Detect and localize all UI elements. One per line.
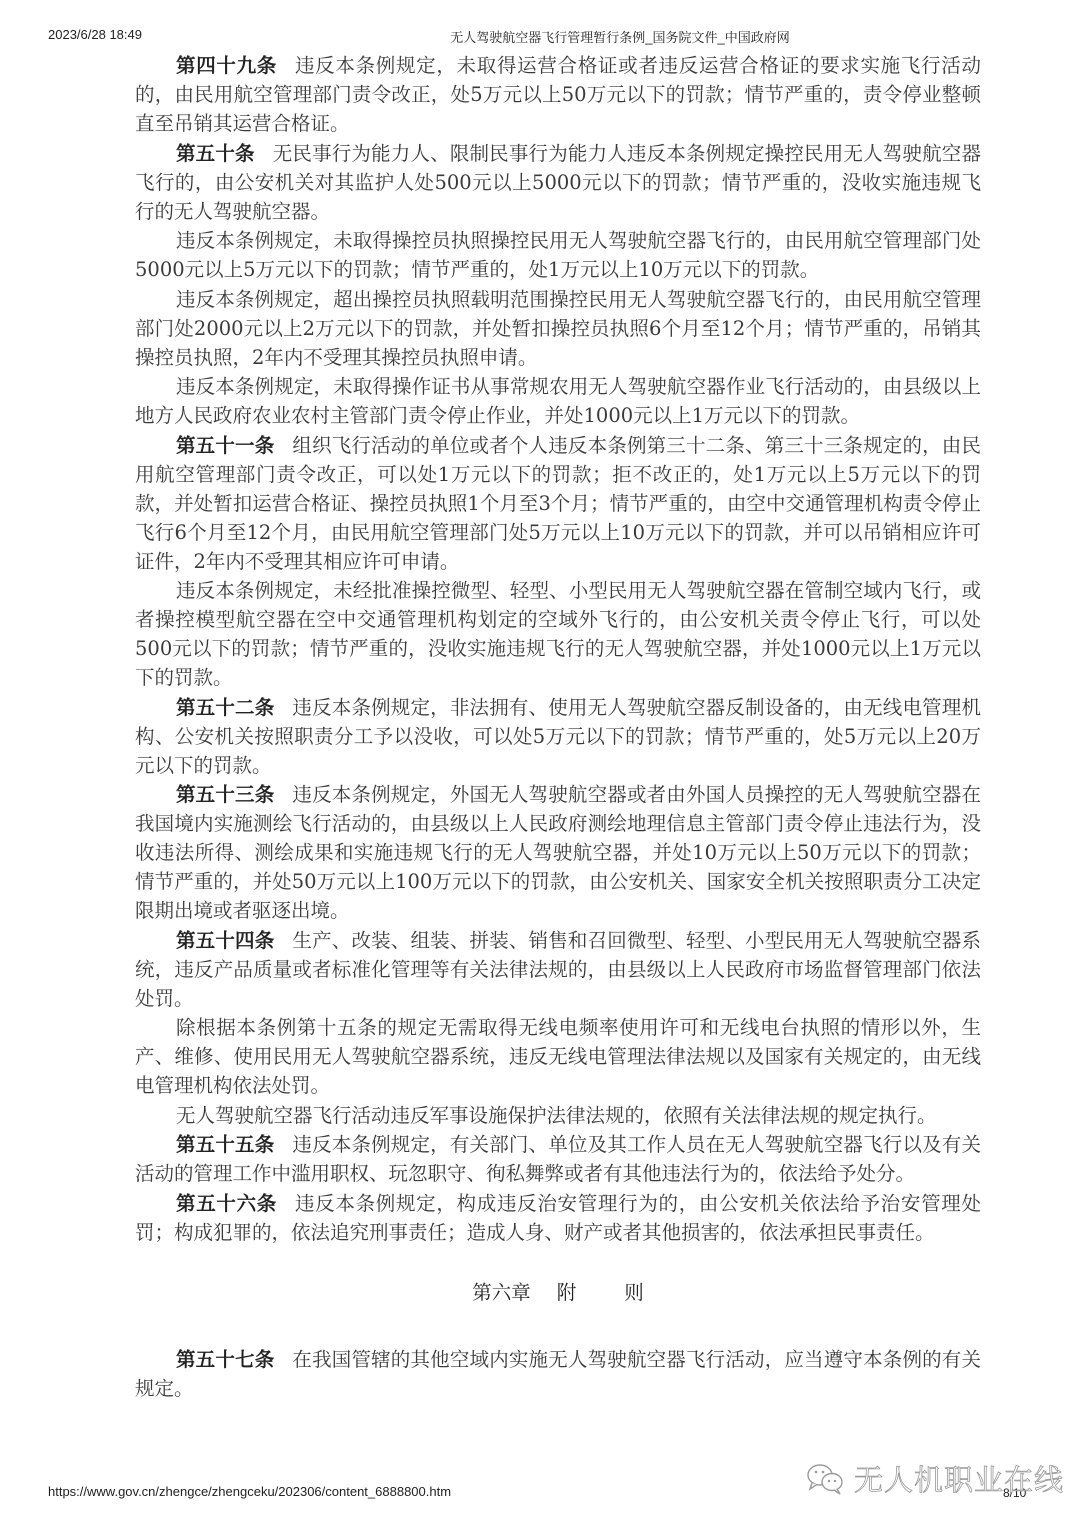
chapter-title-part2: 则	[624, 1281, 644, 1304]
article-53: 第五十三条违反本条例规定，外国无人驾驶航空器或者由外国人员操控的无人驾驶航空器在…	[135, 780, 981, 926]
print-header-title: 无人驾驶航空器飞行管理暂行条例_国务院文件_中国政府网	[0, 27, 1080, 46]
article-49: 第四十九条违反本条例规定，未取得运营合格证或者违反运营合格证的要求实施飞行活动的…	[135, 51, 981, 139]
source-url-link[interactable]: https://www.gov.cn/zhengce/zhengceku/202…	[48, 1484, 451, 1499]
article-57: 第五十七条在我国管辖的其他空域内实施无人驾驶航空器飞行活动，应当遵守本条例的有关…	[135, 1345, 981, 1404]
paragraph-text: 违反本条例规定，未取得操作证书从事常规农用无人驾驶航空器作业飞行活动的，由县级以…	[135, 375, 981, 427]
paragraph: 除根据本条例第十五条的规定无需取得无线电频率使用许可和无线电台执照的情形以外，生…	[135, 1013, 981, 1101]
article-54: 第五十四条生产、改装、组装、拼装、销售和召回微型、轻型、小型民用无人驾驶航空器系…	[135, 926, 981, 1014]
paragraph-text: 无人驾驶航空器飞行活动违反军事设施保护法律法规的，依照有关法律法规的规定执行。	[176, 1104, 937, 1127]
chapter-heading: 第六章附则	[135, 1278, 981, 1307]
paragraph-text: 除根据本条例第十五条的规定无需取得无线电频率使用许可和无线电台执照的情形以外，生…	[135, 1016, 981, 1097]
article-number: 第五十三条	[176, 783, 274, 806]
article-52: 第五十二条违反本条例规定，非法拥有、使用无人驾驶航空器反制设备的，由无线电管理机…	[135, 693, 981, 781]
chapter-number: 第六章	[472, 1281, 531, 1304]
paragraph: 违反本条例规定，未取得操控员执照操控民用无人驾驶航空器飞行的，由民用航空管理部门…	[135, 226, 981, 285]
article-number: 第五十五条	[176, 1133, 274, 1156]
article-56: 第五十六条违反本条例规定，构成违反治安管理行为的，由公安机关依法给予治安管理处罚…	[135, 1189, 981, 1248]
article-50: 第五十条无民事行为能力人、限制民事行为能力人违反本条例规定操控民用无人驾驶航空器…	[135, 139, 981, 227]
paragraph-text: 违反本条例规定，未取得操控员执照操控民用无人驾驶航空器飞行的，由民用航空管理部门…	[135, 229, 981, 281]
wechat-icon	[806, 1462, 846, 1496]
article-number: 第五十条	[176, 142, 255, 165]
article-number: 第四十九条	[176, 54, 277, 77]
paragraph-text: 违反本条例规定，未经批准操控微型、轻型、小型民用无人驾驶航空器在管制空域内飞行，…	[135, 579, 981, 689]
chapter-title-part1: 附	[557, 1281, 577, 1304]
article-51: 第五十一条组织飞行活动的单位或者个人违反本条例第三十二条、第三十三条规定的，由民…	[135, 431, 981, 577]
paragraph: 违反本条例规定，未取得操作证书从事常规农用无人驾驶航空器作业飞行活动的，由县级以…	[135, 372, 981, 431]
article-number: 第五十二条	[176, 696, 274, 719]
article-number: 第五十四条	[176, 929, 274, 952]
article-number: 第五十六条	[176, 1192, 277, 1215]
article-55: 第五十五条违反本条例规定，有关部门、单位及其工作人员在无人驾驶航空器飞行以及有关…	[135, 1130, 981, 1189]
article-number: 第五十七条	[176, 1348, 274, 1371]
article-text: 无民事行为能力人、限制民事行为能力人违反本条例规定操控民用无人驾驶航空器飞行的，…	[135, 142, 981, 223]
paragraph: 违反本条例规定，未经批准操控微型、轻型、小型民用无人驾驶航空器在管制空域内飞行，…	[135, 576, 981, 693]
watermark: 无人机职业在线	[806, 1458, 1064, 1499]
paragraph: 违反本条例规定，超出操控员执照载明范围操控民用无人驾驶航空器飞行的，由民用航空管…	[135, 285, 981, 373]
document-body: 第四十九条违反本条例规定，未取得运营合格证或者违反运营合格证的要求实施飞行活动的…	[135, 51, 981, 1404]
article-number: 第五十一条	[176, 434, 274, 457]
paragraph-text: 违反本条例规定，超出操控员执照载明范围操控民用无人驾驶航空器飞行的，由民用航空管…	[135, 288, 981, 369]
watermark-text: 无人机职业在线	[854, 1458, 1064, 1499]
paragraph: 无人驾驶航空器飞行活动违反军事设施保护法律法规的，依照有关法律法规的规定执行。	[135, 1101, 981, 1131]
